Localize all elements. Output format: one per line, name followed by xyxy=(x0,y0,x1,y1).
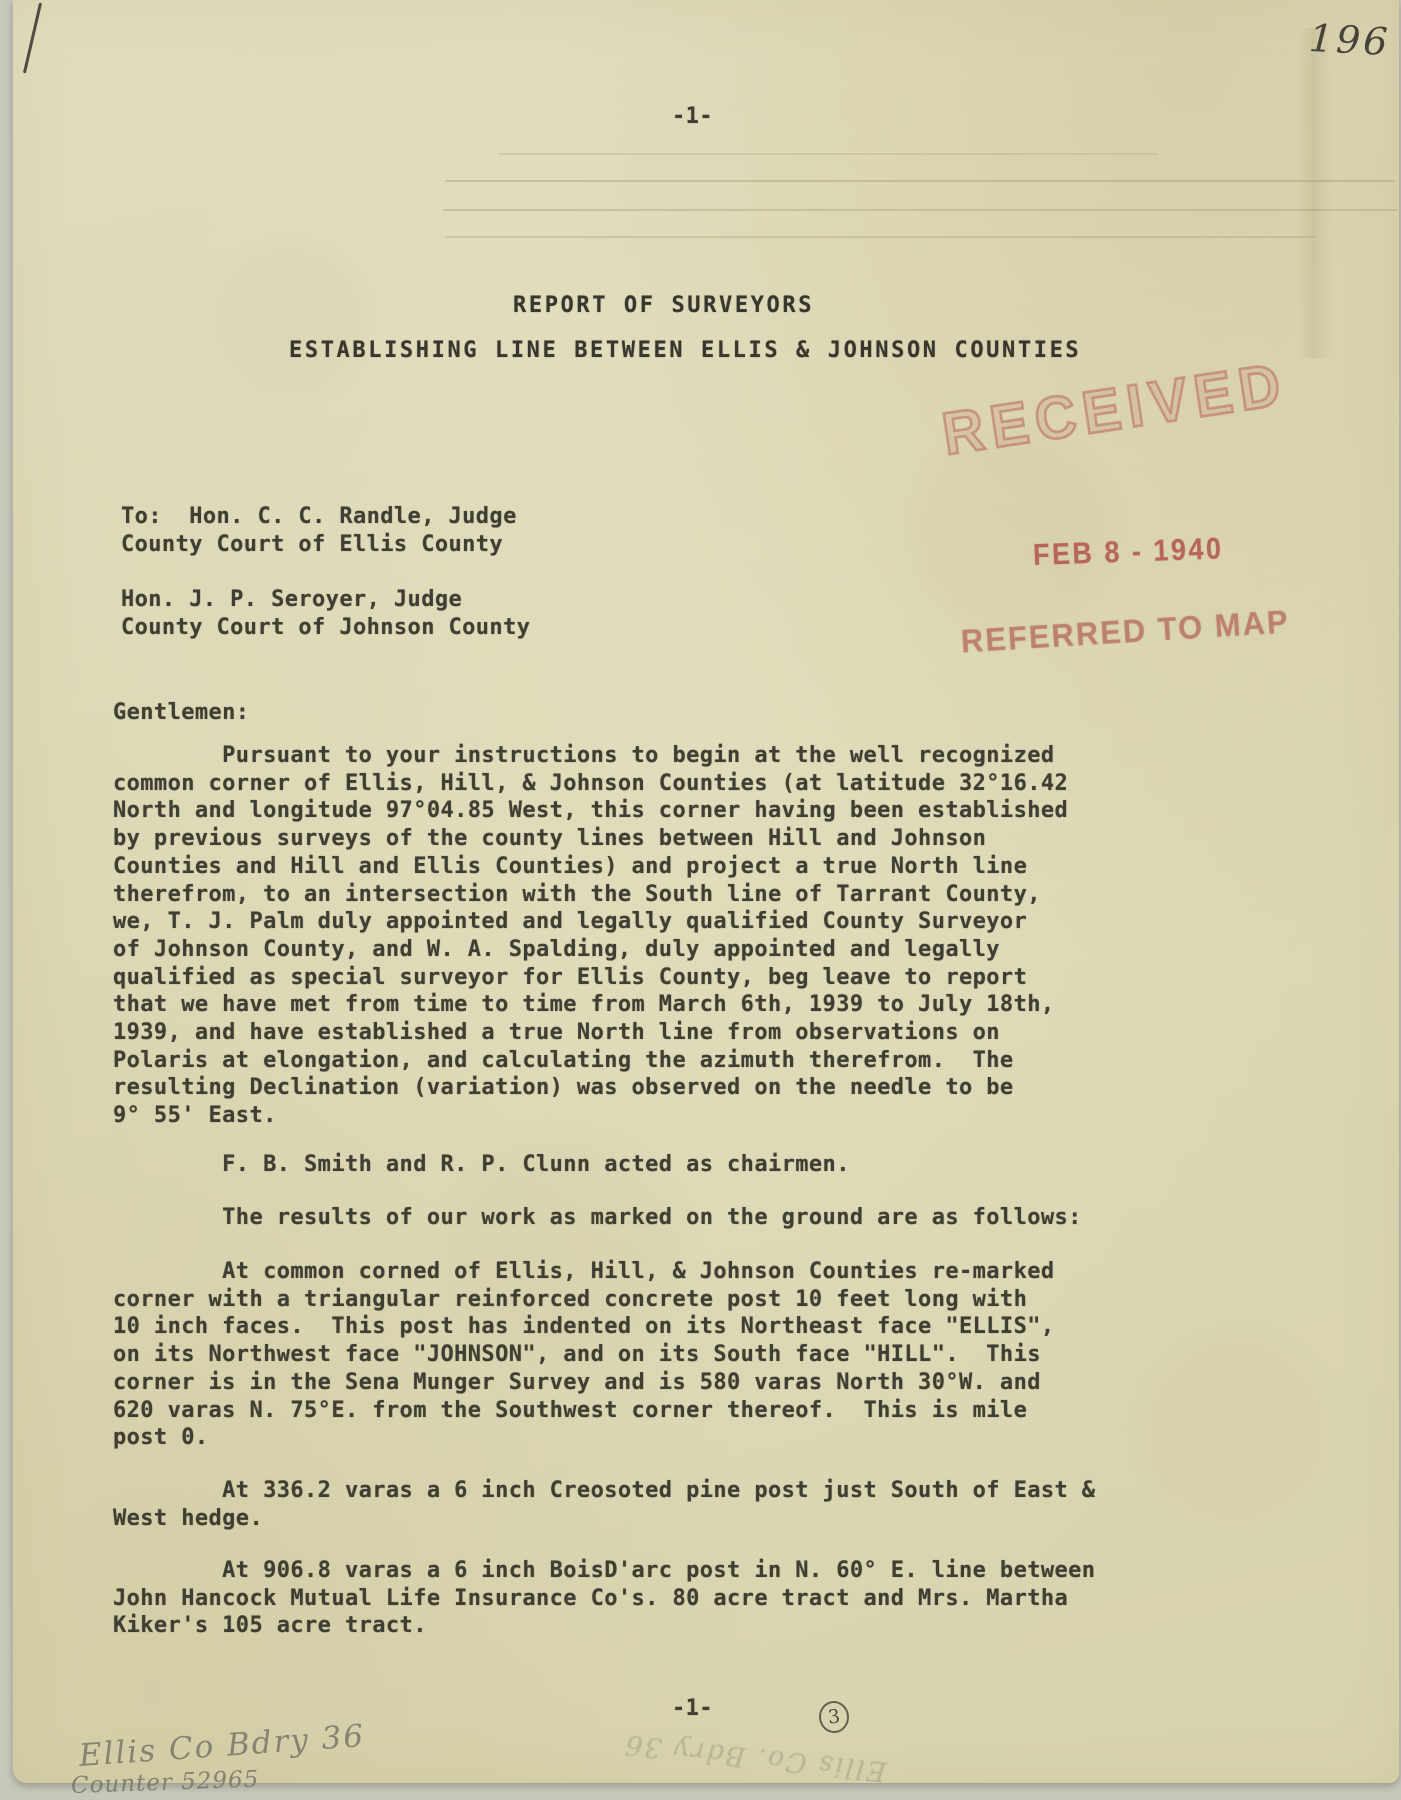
page-number-bottom: -1- xyxy=(672,1695,713,1723)
impression-line xyxy=(445,180,1395,182)
text-line: by previous surveys of the county lines … xyxy=(113,825,1068,853)
text-line: Pursuant to your instructions to begin a… xyxy=(113,742,1068,770)
text-line: qualified as special surveyor for Ellis … xyxy=(113,964,1068,992)
text-line: common corner of Ellis, Hill, & Johnson … xyxy=(113,770,1068,798)
text-line: 620 varas N. 75°E. from the Southwest co… xyxy=(113,1397,1055,1425)
salutation: Gentlemen: xyxy=(113,699,249,727)
scanned-document: 196 -1- REPORT OF SURVEYORS ESTABLISHING… xyxy=(0,0,1401,1800)
pencil-note-bdry: Ellis Co Bdry 36 xyxy=(78,1718,366,1774)
text-line: 1939, and have established a true North … xyxy=(113,1019,1068,1047)
text-line: we, T. J. Palm duly appointed and legall… xyxy=(113,908,1068,936)
text-line: on its Northwest face "JOHNSON", and on … xyxy=(113,1341,1055,1369)
text-line: At common corned of Ellis, Hill, & Johns… xyxy=(113,1258,1055,1286)
impression-line xyxy=(443,209,1398,211)
report-title: REPORT OF SURVEYORS xyxy=(513,292,814,320)
circled-number: 3 xyxy=(817,1700,850,1735)
text-line: Kiker's 105 acre tract. xyxy=(113,1612,1095,1640)
text-line: F. B. Smith and R. P. Clunn acted as cha… xyxy=(113,1151,850,1179)
paragraph-results-intro: The results of our work as marked on the… xyxy=(113,1204,1082,1232)
text-line: Counties and Hill and Ellis Counties) an… xyxy=(113,853,1068,881)
recipient-block-johnson: Hon. J. P. Seroyer, JudgeCounty Court of… xyxy=(121,586,530,641)
paragraph-336-varas: At 336.2 varas a 6 inch Creosoted pine p… xyxy=(113,1477,1095,1532)
text-line: To: Hon. C. C. Randle, Judge xyxy=(121,503,517,531)
archive-number: 196 xyxy=(1308,16,1392,64)
paper-crease xyxy=(1298,28,1332,358)
impression-line xyxy=(445,236,1315,238)
text-line: resulting Declination (variation) was ob… xyxy=(113,1074,1068,1102)
text-line: post 0. xyxy=(113,1424,1055,1452)
text-line: that we have met from time to time from … xyxy=(113,991,1068,1019)
text-line: The results of our work as marked on the… xyxy=(113,1204,1082,1232)
paragraph-mile-post-0: At common corned of Ellis, Hill, & Johns… xyxy=(113,1258,1055,1452)
text-line: of Johnson County, and W. A. Spalding, d… xyxy=(113,936,1068,964)
text-line: North and longitude 97°04.85 West, this … xyxy=(113,797,1068,825)
text-line: County Court of Ellis County xyxy=(121,531,517,559)
received-date-stamp: FEB 8 - 1940 xyxy=(1032,531,1224,572)
paragraph-chairmen: F. B. Smith and R. P. Clunn acted as cha… xyxy=(113,1151,850,1179)
text-line: County Court of Johnson County xyxy=(121,614,530,642)
report-subtitle: ESTABLISHING LINE BETWEEN ELLIS & JOHNSO… xyxy=(289,337,1081,365)
pen-slash-mark xyxy=(23,3,42,74)
received-stamp: RECEIVED xyxy=(938,349,1292,469)
impression-line xyxy=(498,153,1158,155)
text-line: Hon. J. P. Seroyer, Judge xyxy=(121,586,530,614)
text-line: Polaris at elongation, and calculating t… xyxy=(113,1047,1068,1075)
text-line: At 906.8 varas a 6 inch BoisD'arc post i… xyxy=(113,1557,1095,1585)
text-line: 10 inch faces. This post has indented on… xyxy=(113,1313,1055,1341)
text-line: 9° 55' East. xyxy=(113,1102,1068,1130)
page-number-top: -1- xyxy=(672,103,713,131)
paper-sheet: 196 -1- REPORT OF SURVEYORS ESTABLISHING… xyxy=(13,0,1399,1783)
recipient-block-ellis: To: Hon. C. C. Randle, JudgeCounty Court… xyxy=(121,503,517,558)
paragraph-906-varas: At 906.8 varas a 6 inch BoisD'arc post i… xyxy=(113,1557,1095,1640)
text-line: West hedge. xyxy=(113,1505,1095,1533)
text-line: At 336.2 varas a 6 inch Creosoted pine p… xyxy=(113,1477,1095,1505)
paragraph-instructions: Pursuant to your instructions to begin a… xyxy=(113,742,1068,1130)
circled-number-value: 3 xyxy=(827,1705,841,1728)
text-line: John Hancock Mutual Life Insurance Co's.… xyxy=(113,1585,1095,1613)
text-line: corner is in the Sena Munger Survey and … xyxy=(113,1369,1055,1397)
pencil-note-counter: Counter 52965 xyxy=(71,1766,260,1799)
text-line: corner with a triangular reinforced conc… xyxy=(113,1286,1055,1314)
bleedthrough-note: Ellis Co. Bdry 36 xyxy=(622,1728,888,1786)
text-line: therefrom, to an intersection with the S… xyxy=(113,881,1068,909)
referred-to-map-stamp: REFERRED TO MAP xyxy=(960,603,1291,661)
